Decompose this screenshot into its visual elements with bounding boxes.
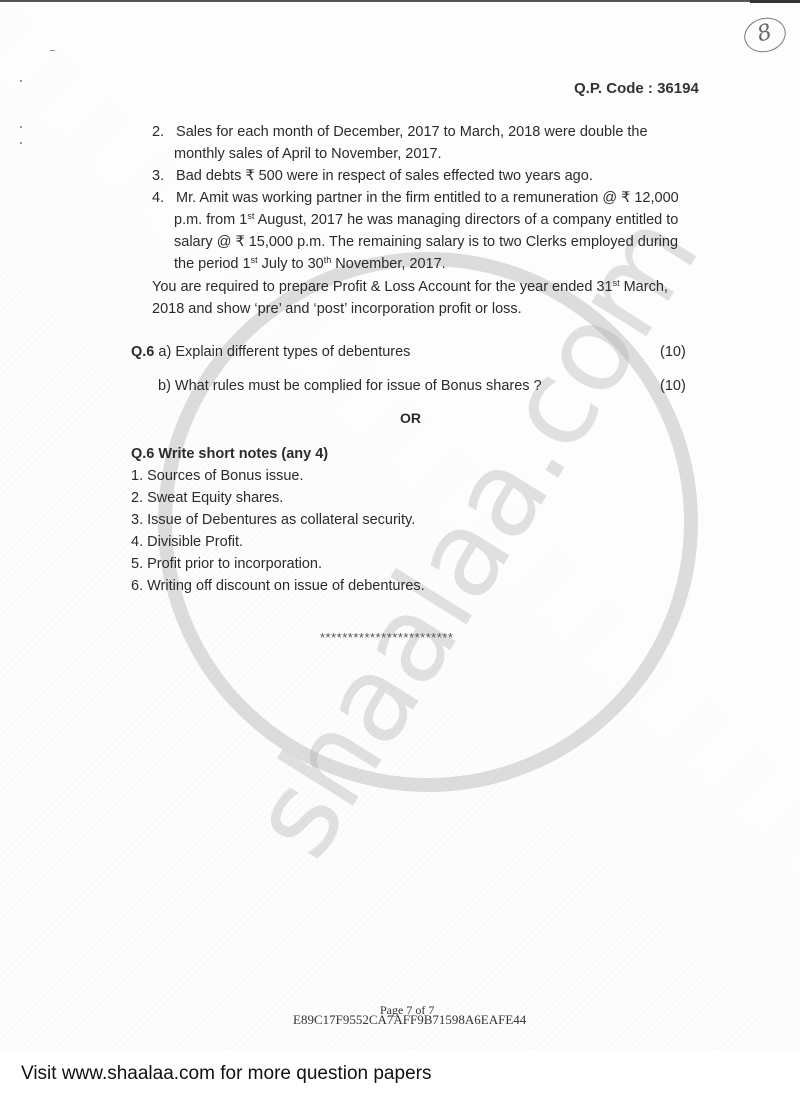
scan-speck [50,50,55,51]
point-4-line-3: salary @ ₹ 15,000 p.m. The remaining sal… [174,231,678,253]
short-note-item: 4. Divisible Profit. [131,531,243,553]
point-3: 3. Bad debts ₹ 500 were in respect of sa… [152,165,593,187]
short-note-item: 3. Issue of Debentures as collateral sec… [131,509,415,531]
short-note-item: 1. Sources of Bonus issue. [131,465,304,487]
point-4-line-2: p.m. from 1st August, 2017 he was managi… [174,209,678,231]
scan-speck [20,80,22,82]
scan-speck [20,142,22,144]
point-2: 2. Sales for each month of December, 201… [152,121,648,143]
short-note-item: 5. Profit prior to incorporation. [131,553,322,575]
scan-speck [20,126,22,128]
footer-hash: E89C17F9552CA7AFF9B71598A6EAFE44 [293,1012,526,1028]
instruction-line-1: You are required to prepare Profit & Los… [152,276,668,298]
short-note-item: 2. Sweat Equity shares. [131,487,283,509]
q6-part-b-marks: (10) [660,375,686,397]
point-2-line-2: monthly sales of April to November, 2017… [174,143,442,165]
q6-label: Q.6 [131,344,154,360]
q6-part-b: b) What rules must be complied for issue… [158,375,542,397]
point-4: 4. Mr. Amit was working partner in the f… [152,187,679,209]
point-4-line-4: the period 1st July to 30th November, 20… [174,253,446,275]
short-note-item: 6. Writing off discount on issue of debe… [131,575,425,597]
qp-code: Q.P. Code : 36194 [574,80,699,97]
end-marker: ************************ [320,630,453,645]
visit-banner-link[interactable]: Visit www.shaalaa.com for more question … [21,1063,431,1085]
q6-part-a: Q.6 a) Explain different types of debent… [131,341,410,363]
instruction-line-2: 2018 and show ‘pre’ and ‘post’ incorpora… [152,298,522,320]
or-separator: OR [400,410,421,426]
q6-part-a-marks: (10) [660,341,686,363]
short-notes-title: Q.6 Write short notes (any 4) [131,443,328,465]
